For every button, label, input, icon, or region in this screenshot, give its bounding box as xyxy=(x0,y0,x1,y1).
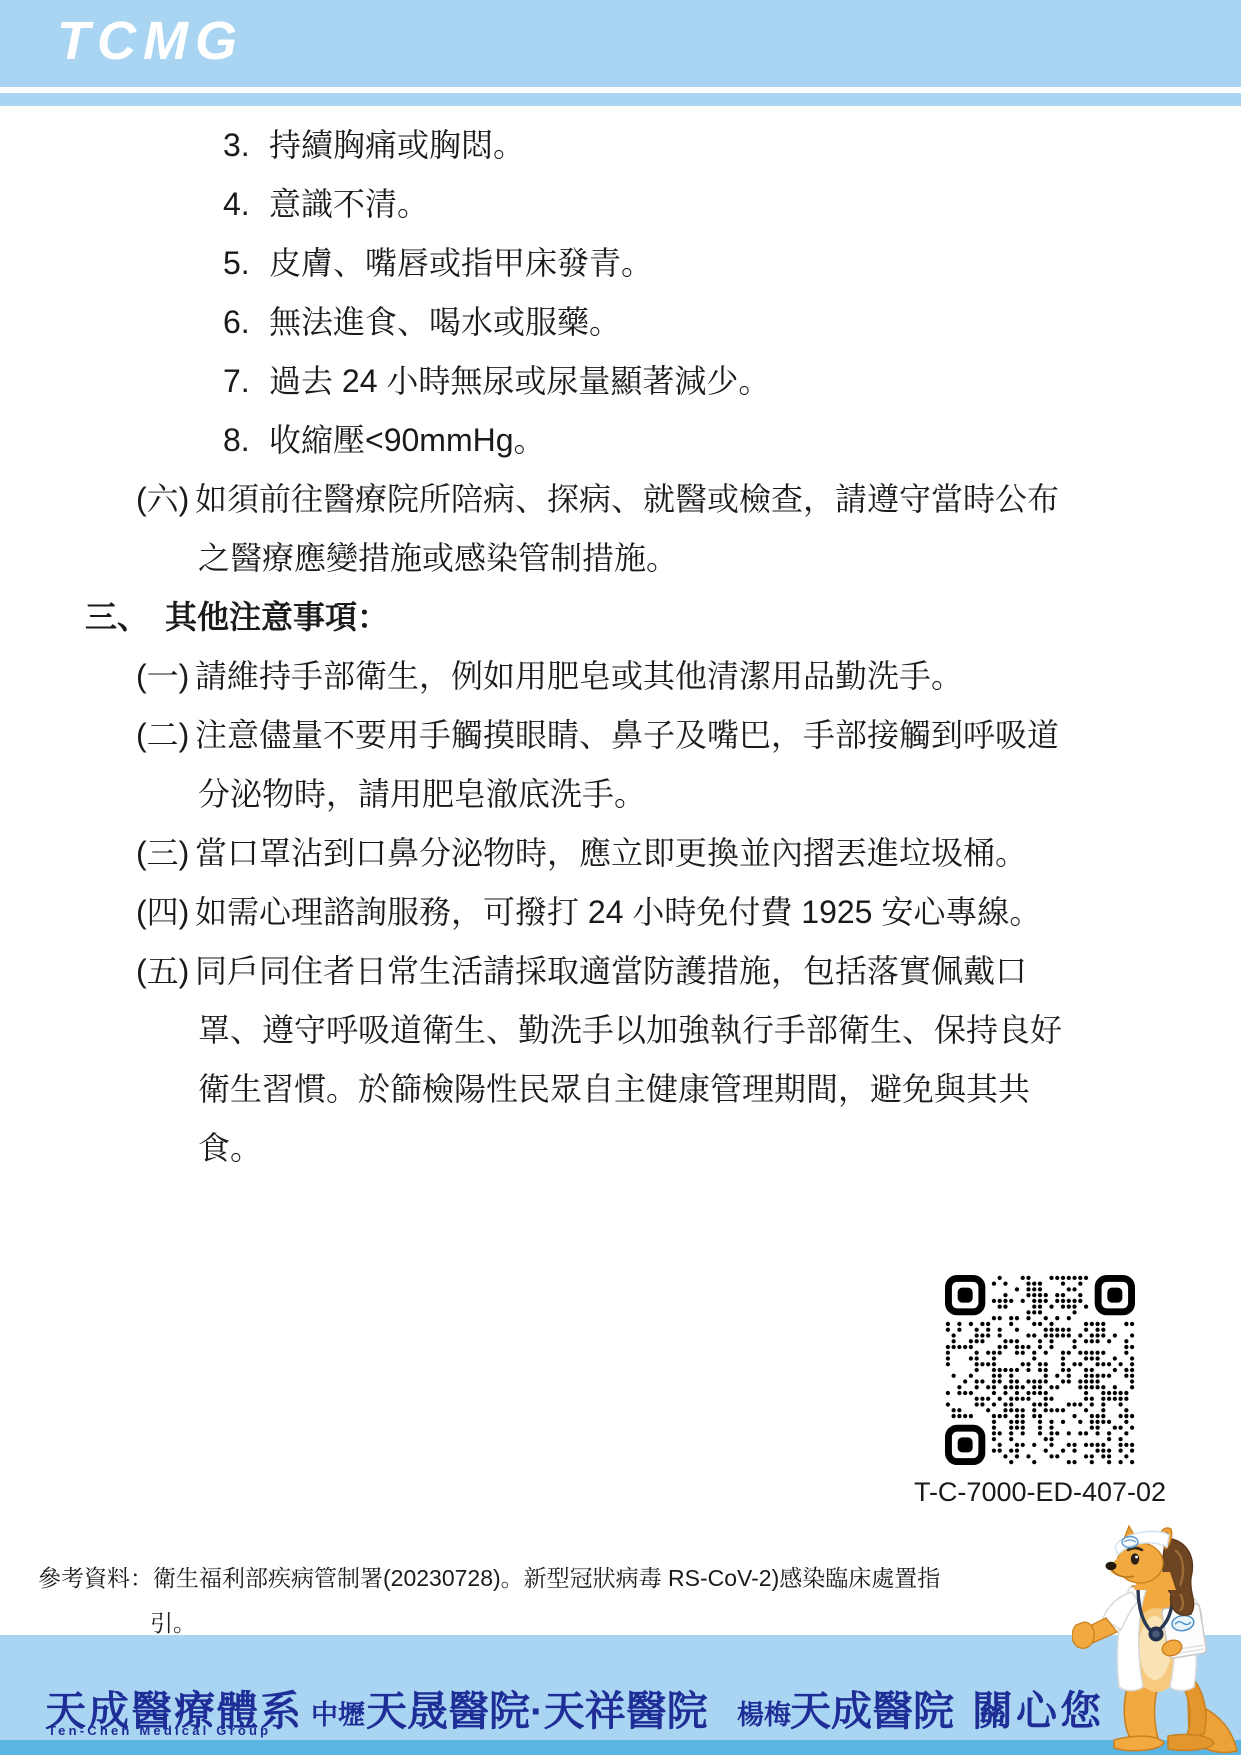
list-item: 8.收縮壓<90mmHg。 xyxy=(223,420,546,464)
item-number: 5. xyxy=(223,243,269,283)
list-item: (四)如需心理諮詢服務，可撥打 24 小時免付費 1925 安心專線。 xyxy=(136,892,1041,936)
item-text: 食。 xyxy=(198,1130,262,1166)
list-item-continuation: 之醫療應變措施或感染管制措施。 xyxy=(198,538,678,582)
reference-note: 參考資料：衛生福利部疾病管制署(20230728)。新型冠狀病毒 RS-CoV-… xyxy=(38,1560,940,1593)
list-item: (五)同戶同住者日常生活請採取適當防護措施，包括落實佩戴口 xyxy=(136,951,1027,995)
footer-location-zhongli: 中壢 xyxy=(311,1693,365,1732)
list-item-continuation: 食。 xyxy=(198,1128,262,1172)
qr-code xyxy=(945,1275,1135,1465)
list-item: 5.皮膚、嘴唇或指甲床發青。 xyxy=(223,243,653,287)
item-text: 無法進食、喝水或服藥。 xyxy=(269,304,621,340)
list-item: (二)注意儘量不要用手觸摸眼睛、鼻子及嘴巴，手部接觸到呼吸道 xyxy=(136,715,1059,759)
item-text: 注意儘量不要用手觸摸眼睛、鼻子及嘴巴，手部接觸到呼吸道 xyxy=(195,717,1059,753)
section-heading: 三、其他注意事項： xyxy=(85,597,389,641)
item-text: 如需心理諮詢服務，可撥打 24 小時免付費 1925 安心專線。 xyxy=(195,894,1041,930)
item-text: 之醫療應變措施或感染管制措施。 xyxy=(198,540,678,576)
list-item: 3.持續胸痛或胸悶。 xyxy=(223,125,525,169)
kangaroo-doctor-mascot-icon xyxy=(1072,1523,1241,1755)
item-number: 8. xyxy=(223,420,269,460)
reference-note-continuation: 引。 xyxy=(150,1605,196,1638)
item-text: 皮膚、嘴唇或指甲床發青。 xyxy=(269,245,653,281)
document-page: TCMG 3.持續胸痛或胸悶。 4.意識不清。 5.皮膚、嘴唇或指甲床發青。 6… xyxy=(0,0,1241,1755)
reference-text: 衛生福利部疾病管制署(20230728)。新型冠狀病毒 RS-CoV-2)感染臨… xyxy=(153,1565,940,1591)
footer-hospital-yangmei: 天成醫院 xyxy=(790,1678,954,1737)
list-item: (一)請維持手部衛生，例如用肥皂或其他清潔用品勤洗手。 xyxy=(136,656,963,700)
item-text: 同戶同住者日常生活請採取適當防護措施，包括落實佩戴口 xyxy=(195,953,1027,989)
tcmg-logo: TCMG xyxy=(57,10,244,72)
item-number: 4. xyxy=(223,184,269,224)
footer-stripe xyxy=(0,1740,1241,1755)
header-stripe xyxy=(0,93,1241,106)
list-item: (六)如須前往醫療院所陪病、探病、就醫或檢查，請遵守當時公布 xyxy=(136,479,1059,523)
item-marker: (六) xyxy=(136,479,195,519)
item-marker: (二) xyxy=(136,715,195,755)
section-number: 三、 xyxy=(85,597,165,637)
item-text: 請維持手部衛生，例如用肥皂或其他清潔用品勤洗手。 xyxy=(195,658,963,694)
item-text: 分泌物時，請用肥皂澈底洗手。 xyxy=(198,776,646,812)
item-text: 收縮壓<90mmHg。 xyxy=(269,422,546,458)
item-marker: (三) xyxy=(136,833,195,873)
list-item: 4.意識不清。 xyxy=(223,184,429,228)
qr-code-icon xyxy=(945,1275,1135,1465)
list-item: 7.過去 24 小時無尿或尿量顯著減少。 xyxy=(223,361,770,405)
footer-group-name-en: Ten-Chen Medical Group xyxy=(48,1723,271,1738)
list-item: 6.無法進食、喝水或服藥。 xyxy=(223,302,621,346)
footer-hospitals-zhongli: 天晟醫院·天祥醫院 xyxy=(366,1678,708,1737)
item-number: 7. xyxy=(223,361,269,401)
list-item-continuation: 罩、遵守呼吸道衛生、勤洗手以加強執行手部衛生、保持良好 xyxy=(198,1010,1062,1054)
item-number: 3. xyxy=(223,125,269,165)
item-text: 持續胸痛或胸悶。 xyxy=(269,127,525,163)
item-text: 當口罩沾到口鼻分泌物時，應立即更換並內摺丟進垃圾桶。 xyxy=(195,835,1027,871)
item-marker: (一) xyxy=(136,656,195,696)
item-text: 如須前往醫療院所陪病、探病、就醫或檢查，請遵守當時公布 xyxy=(195,481,1059,517)
section-title: 其他注意事項： xyxy=(165,599,389,635)
document-code: T-C-7000-ED-407-02 xyxy=(880,1477,1200,1508)
item-text: 過去 24 小時無尿或尿量顯著減少。 xyxy=(269,363,770,399)
item-text: 罩、遵守呼吸道衛生、勤洗手以加強執行手部衛生、保持良好 xyxy=(198,1012,1062,1048)
list-item-continuation: 衛生習慣。於篩檢陽性民眾自主健康管理期間，避免與其共 xyxy=(198,1069,1030,1113)
list-item: (三)當口罩沾到口鼻分泌物時，應立即更換並內摺丟進垃圾桶。 xyxy=(136,833,1027,877)
item-marker: (五) xyxy=(136,951,195,991)
item-text: 意識不清。 xyxy=(269,186,429,222)
reference-label: 參考資料： xyxy=(38,1565,153,1591)
item-text: 衛生習慣。於篩檢陽性民眾自主健康管理期間，避免與其共 xyxy=(198,1071,1030,1107)
item-marker: (四) xyxy=(136,892,195,932)
list-item-continuation: 分泌物時，請用肥皂澈底洗手。 xyxy=(198,774,646,818)
footer-location-yangmei: 楊梅 xyxy=(737,1693,791,1732)
item-number: 6. xyxy=(223,302,269,342)
